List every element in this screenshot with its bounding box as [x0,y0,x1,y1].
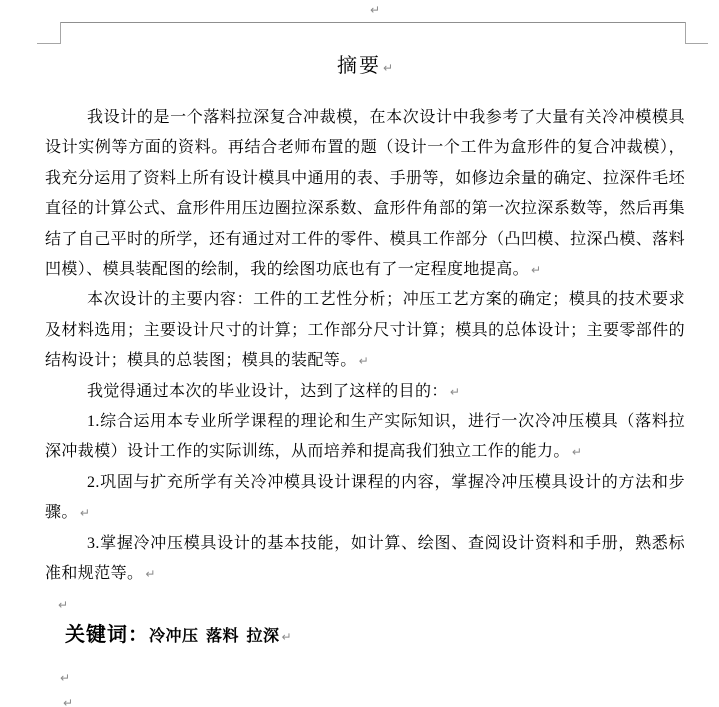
paragraph-text: 我觉得通过本次的毕业设计，达到了这样的目的： [87,383,448,400]
paragraph-mark: ↵ [359,354,369,368]
margin-corner-mark-left [37,43,61,44]
empty-paragraph-mark: ↵ [63,697,73,707]
document-page: ↵ 摘要↵ 我设计的是一个落料拉深复合冲裁模，在本次设计中我参考了大量有关冷冲模… [0,0,719,707]
margin-corner-mark-left [60,22,61,43]
paragraph-1: 我设计的是一个落料拉深复合冲裁模，在本次设计中我参考了大量有关冷冲模模具设计实例… [45,103,685,285]
paragraph-mark: ↵ [531,263,541,277]
page-top-edge [60,22,686,23]
keywords-terms: 冷冲压 落料 拉深 [149,628,280,645]
paragraph-mark: ↵ [450,385,460,399]
paragraph-2: 本次设计的主要内容：工件的工艺性分析；冲压工艺方案的确定；模具的技术要求及材料选… [45,285,685,376]
paragraph-5: 2.巩固与扩充所学有关冷冲模具设计课程的内容，掌握冷冲压模具设计的方法和步骤。↵ [45,468,685,529]
paragraph-text: 1.综合运用本专业所学课程的理论和生产实际知识，进行一次冷冲压模具（落料拉深冲裁… [45,413,685,460]
paragraph-mark: ↵ [370,4,380,16]
empty-paragraph: ↵ [45,590,685,620]
paragraph-text: 我设计的是一个落料拉深复合冲裁模，在本次设计中我参考了大量有关冷冲模模具设计实例… [45,109,685,278]
paragraph-3: 我觉得通过本次的毕业设计，达到了这样的目的：↵ [45,377,685,407]
paragraph-4: 1.综合运用本专业所学课程的理论和生产实际知识，进行一次冷冲压模具（落料拉深冲裁… [45,407,685,468]
keywords-label: 关键词： [65,624,149,646]
margin-corner-mark-right [685,43,708,44]
paragraph-text: 3.掌握冷冲压模具设计的基本技能，如计算、绘图、查阅设计资料和手册，熟悉标准和规… [45,535,685,582]
margin-corner-mark-right [685,22,686,43]
empty-paragraph-mark: ↵ [60,672,70,684]
title-line: 摘要↵ [45,51,685,83]
paragraph-mark: ↵ [383,61,393,75]
page-title: 摘要 [337,55,381,77]
keywords-line: 关键词：冷冲压 落料 拉深↵ [45,620,685,652]
paragraph-mark: ↵ [58,598,68,612]
paragraph-mark: ↵ [145,567,155,581]
text-area[interactable]: 摘要↵ 我设计的是一个落料拉深复合冲裁模，在本次设计中我参考了大量有关冷冲模模具… [45,45,685,652]
paragraph-text: 2.巩固与扩充所学有关冷冲模具设计课程的内容，掌握冷冲压模具设计的方法和步骤。 [45,474,685,521]
paragraph-6: 3.掌握冷冲压模具设计的基本技能，如计算、绘图、查阅设计资料和手册，熟悉标准和规… [45,529,685,590]
paragraph-mark: ↵ [572,445,582,459]
paragraph-mark: ↵ [80,506,90,520]
paragraph-mark: ↵ [282,630,292,644]
